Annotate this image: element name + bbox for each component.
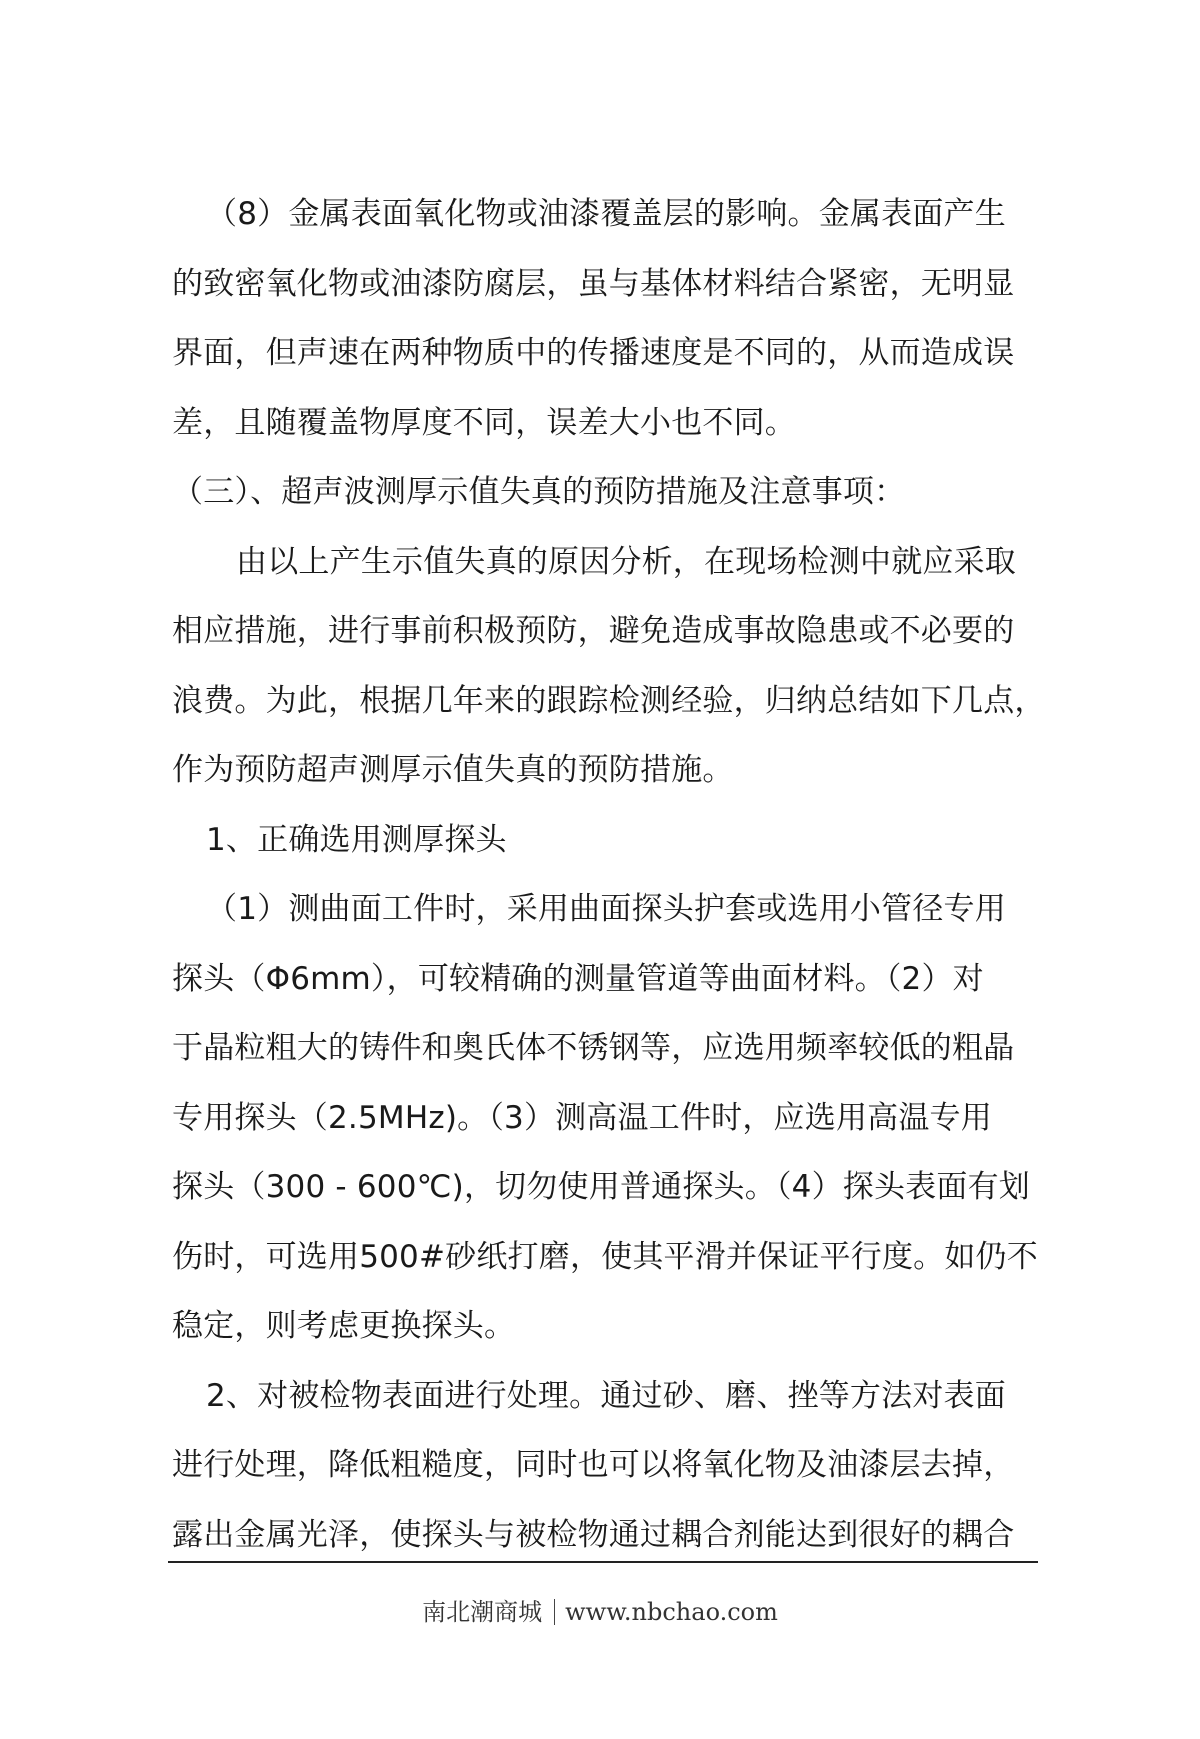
text-line: 进行处理，降低粗糙度，同时也可以将氧化物及油漆层去掉， (172, 1431, 1030, 1501)
footer-site-name: 南北潮商城 (422, 1598, 542, 1626)
text-line: （8）金属表面氧化物或油漆覆盖层的影响。金属表面产生 (172, 180, 1030, 250)
text-line: 探头（300 - 600℃)，切勿使用普通探头。（4）探头表面有划 (172, 1153, 1030, 1223)
text-line: （1）测曲面工件时，采用曲面探头护套或选用小管径专用 (172, 875, 1030, 945)
text-line: 探头（Φ6mm），可较精确的测量管道等曲面材料。（2）对 (172, 945, 1030, 1015)
text-line: 于晶粒粗大的铸件和奥氏体不锈钢等，应选用频率较低的粗晶 (172, 1014, 1030, 1084)
footer-divider (168, 1561, 1038, 1563)
text-line: （三）、超声波测厚示值失真的预防措施及注意事项： (172, 458, 1030, 528)
footer-url: www.nbchao.com (565, 1598, 778, 1626)
text-line: 2、对被检物表面进行处理。通过砂、磨、挫等方法对表面 (172, 1362, 1030, 1432)
text-line: 界面，但声速在两种物质中的传播速度是不同的，从而造成误 (172, 319, 1030, 389)
text-line: 1、正确选用测厚探头 (172, 806, 1030, 876)
text-line: 的致密氧化物或油漆防腐层，虽与基体材料结合紧密，无明显 (172, 250, 1030, 320)
text-line: 相应措施，进行事前积极预防，避免造成事故隐患或不必要的 (172, 597, 1030, 667)
text-line: 稳定，则考虑更换探头。 (172, 1292, 1030, 1362)
page-footer: 南北潮商城www.nbchao.com (0, 1592, 1200, 1627)
footer-separator (554, 1599, 555, 1625)
text-line: 差，且随覆盖物厚度不同，误差大小也不同。 (172, 389, 1030, 459)
document-page: （8）金属表面氧化物或油漆覆盖层的影响。金属表面产生的致密氧化物或油漆防腐层，虽… (0, 0, 1200, 1739)
text-line: 浪费。为此，根据几年来的跟踪检测经验，归纳总结如下几点， (172, 667, 1030, 737)
text-line: 专用探头（2.5MHz)。（3）测高温工件时，应选用高温专用 (172, 1084, 1030, 1154)
text-line: 露出金属光泽，使探头与被检物通过耦合剂能达到很好的耦合 (172, 1501, 1030, 1571)
text-line: 由以上产生示值失真的原因分析，在现场检测中就应采取 (172, 528, 1030, 598)
document-body: （8）金属表面氧化物或油漆覆盖层的影响。金属表面产生的致密氧化物或油漆防腐层，虽… (172, 180, 1030, 1570)
text-line: 伤时，可选用500#砂纸打磨，使其平滑并保证平行度。如仍不 (172, 1223, 1030, 1293)
text-line: 作为预防超声测厚示值失真的预防措施。 (172, 736, 1030, 806)
